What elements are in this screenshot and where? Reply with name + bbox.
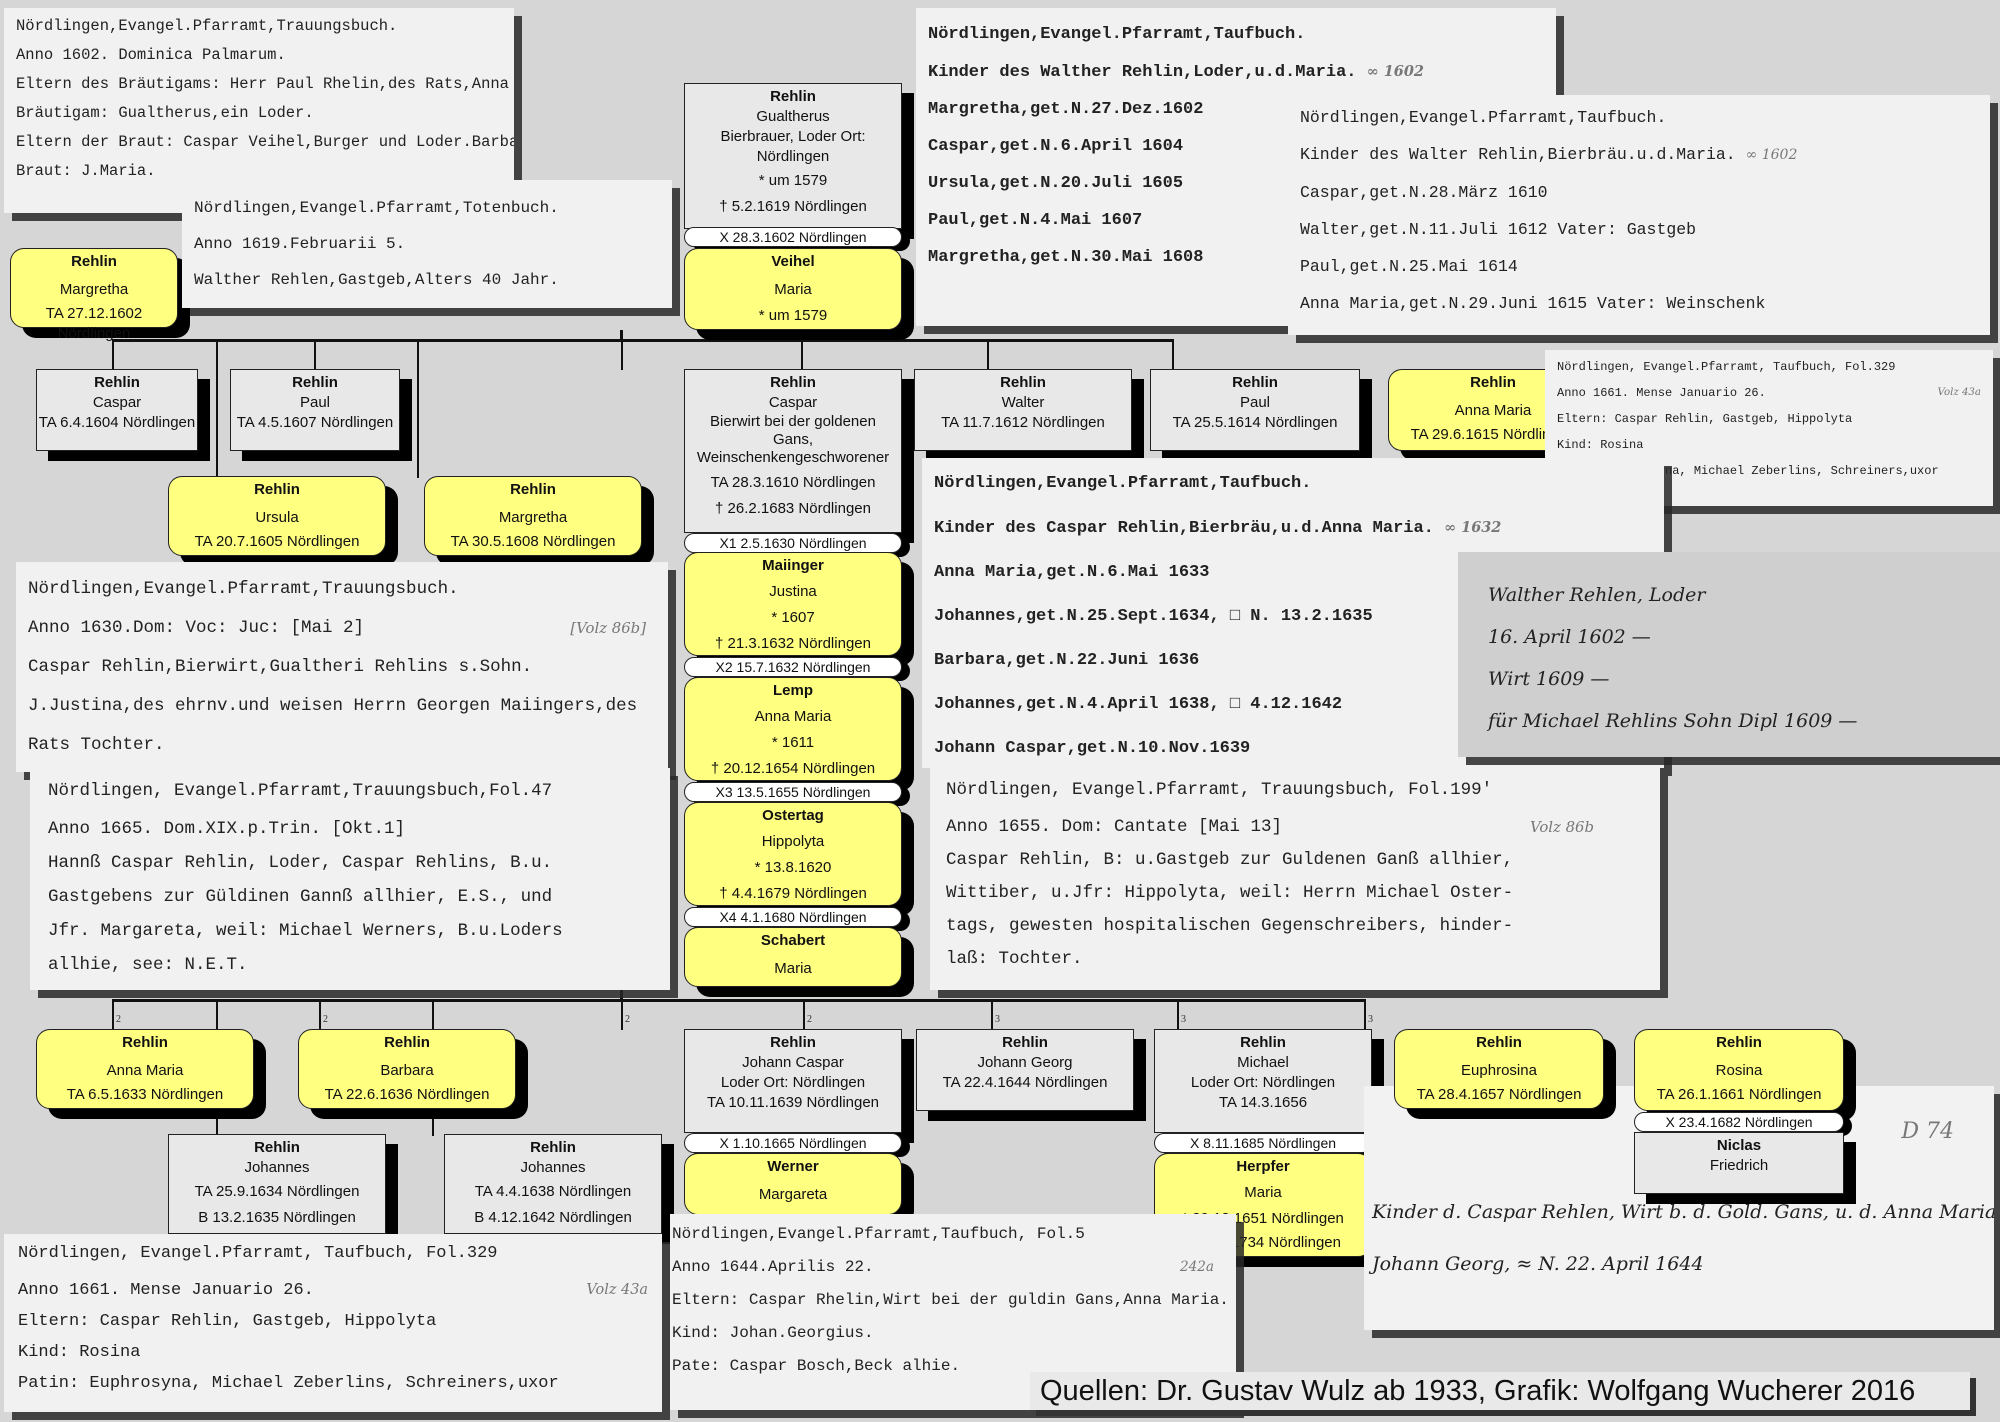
person-card-barbara-1636[interactable]: Rehlin Barbara TA 22.6.1636 Nördlingen <box>298 1029 516 1109</box>
wife-marker: 3 <box>1368 1014 1373 1025</box>
connector-line <box>112 339 1174 342</box>
wife-marker: 2 <box>323 1014 328 1025</box>
person-card-ursula-1605[interactable]: Rehlin Ursula TA 20.7.1605 Nördlingen <box>168 476 386 556</box>
marriage-label-x1: X1 2.5.1630 Nördlingen <box>684 533 902 553</box>
wife-marker: 3 <box>1181 1014 1186 1025</box>
connector-line <box>314 340 316 370</box>
connector-line <box>112 340 114 370</box>
document-handwritten-walther: Walther Rehlen, Loder 16. April 1602 — W… <box>1458 552 2000 757</box>
connector-line <box>1364 1000 1366 1030</box>
person-card-margretha-1602[interactable]: Rehlin Margretha TA 27.12.1602 Nördlinge… <box>10 248 178 328</box>
marriage-label-x2: X2 15.7.1632 Nördlingen <box>684 657 902 677</box>
wife-marker: 2 <box>807 1014 812 1025</box>
connector-line <box>803 1000 805 1030</box>
connector-line <box>319 1000 321 1030</box>
connector-line <box>1177 1000 1179 1030</box>
person-card-michael[interactable]: Rehlin Michael Loder Ort: Nördlingen TA … <box>1154 1029 1372 1133</box>
person-card-caspar-1604[interactable]: Rehlin Caspar TA 6.4.1604 Nördlingen <box>36 369 198 451</box>
person-card-johannes-1634[interactable]: Rehlin Johannes TA 25.9.1634 Nördlingen … <box>168 1134 386 1234</box>
connector-line <box>112 1000 114 1030</box>
person-card-hippolyta-ostertag[interactable]: Ostertag Hippolyta * 13.8.1620 † 4.4.167… <box>684 802 902 906</box>
person-card-maria-schabert[interactable]: Schabert Maria <box>684 927 902 987</box>
connector-line <box>801 340 803 370</box>
person-card-caspar-1610[interactable]: Rehlin Caspar Bierwirt bei der goldenen … <box>684 369 902 533</box>
connector-line <box>987 340 989 370</box>
person-card-paul-1607[interactable]: Rehlin Paul TA 4.5.1607 Nördlingen <box>230 369 400 451</box>
document-toten-1619: Nördlingen,Evangel.Pfarramt,Totenbuch. A… <box>182 180 672 308</box>
wife-marker: 2 <box>625 1014 630 1025</box>
wife-marker: 2 <box>116 1014 121 1025</box>
person-card-rosina[interactable]: Rehlin Rosina TA 26.1.1661 Nördlingen <box>1634 1029 1844 1111</box>
person-card-johann-caspar[interactable]: Rehlin Johann Caspar Loder Ort: Nördling… <box>684 1029 902 1133</box>
person-card-johannes-1638[interactable]: Rehlin Johannes TA 4.4.1638 Nördlingen B… <box>444 1134 662 1234</box>
marriage-label-1682: X 23.4.1682 Nördlingen <box>1634 1112 1844 1132</box>
document-tauf-1661-large: Nördlingen, Evangel.Pfarramt, Taufbuch, … <box>4 1234 662 1412</box>
connector-line <box>216 340 218 478</box>
person-card-gualtherus[interactable]: Rehlin Gualtherus Bierbrauer, Loder Ort:… <box>684 83 902 229</box>
person-card-anna-maria-lemp[interactable]: Lemp Anna Maria * 1611 † 20.12.1654 Nörd… <box>684 677 902 781</box>
person-card-euphrosina[interactable]: Rehlin Euphrosina TA 28.4.1657 Nördlinge… <box>1394 1029 1604 1109</box>
document-tauf-walther-2: Nördlingen,Evangel.Pfarramt,Taufbuch. Ki… <box>1288 95 1990 335</box>
person-card-anna-maria-1633[interactable]: Rehlin Anna Maria TA 6.5.1633 Nördlingen <box>36 1029 254 1109</box>
source-credits: Quellen: Dr. Gustav Wulz ab 1933, Grafik… <box>1030 1372 1970 1410</box>
connector-line <box>621 340 623 370</box>
person-card-paul-1614[interactable]: Rehlin Paul TA 25.5.1614 Nördlingen <box>1150 369 1360 451</box>
person-card-johann-georg[interactable]: Rehlin Johann Georg TA 22.4.1644 Nördlin… <box>916 1029 1134 1111</box>
person-card-margretha-1608[interactable]: Rehlin Margretha TA 30.5.1608 Nördlingen <box>424 476 642 556</box>
connector-line <box>991 1000 993 1030</box>
document-trauung-1655: Nördlingen, Evangel.Pfarramt, Trauungsbu… <box>930 768 1660 990</box>
document-trauung-1665: Nördlingen, Evangel.Pfarramt,Trauungsbuc… <box>30 768 670 990</box>
marriage-label-x4: X4 4.1.1680 Nördlingen <box>684 907 902 927</box>
marriage-label-1685: X 8.11.1685 Nördlingen <box>1154 1133 1372 1153</box>
connector-line <box>621 1000 623 1030</box>
person-card-friedrich-niclas[interactable]: Niclas Friedrich <box>1634 1132 1844 1194</box>
connector-line <box>1172 340 1174 370</box>
marriage-label-1602: X 28.3.1602 Nördlingen <box>684 227 902 247</box>
marriage-label-1665: X 1.10.1665 Nördlingen <box>684 1133 902 1153</box>
wife-marker: 3 <box>995 1014 1000 1025</box>
document-trauung-1630: Nördlingen,Evangel.Pfarramt,Trauungsbuch… <box>16 562 668 772</box>
person-card-justina-maiinger[interactable]: Maiinger Justina * 1607 † 21.3.1632 Nörd… <box>684 552 902 656</box>
person-card-maria-veihel[interactable]: Veihel Maria * um 1579 <box>684 248 902 330</box>
person-card-walter-1612[interactable]: Rehlin Walter TA 11.7.1612 Nördlingen <box>914 369 1132 451</box>
person-card-margareta-werner[interactable]: Werner Margareta <box>684 1153 902 1215</box>
connector-line <box>417 340 419 478</box>
marriage-label-x3: X3 13.5.1655 Nördlingen <box>684 782 902 802</box>
